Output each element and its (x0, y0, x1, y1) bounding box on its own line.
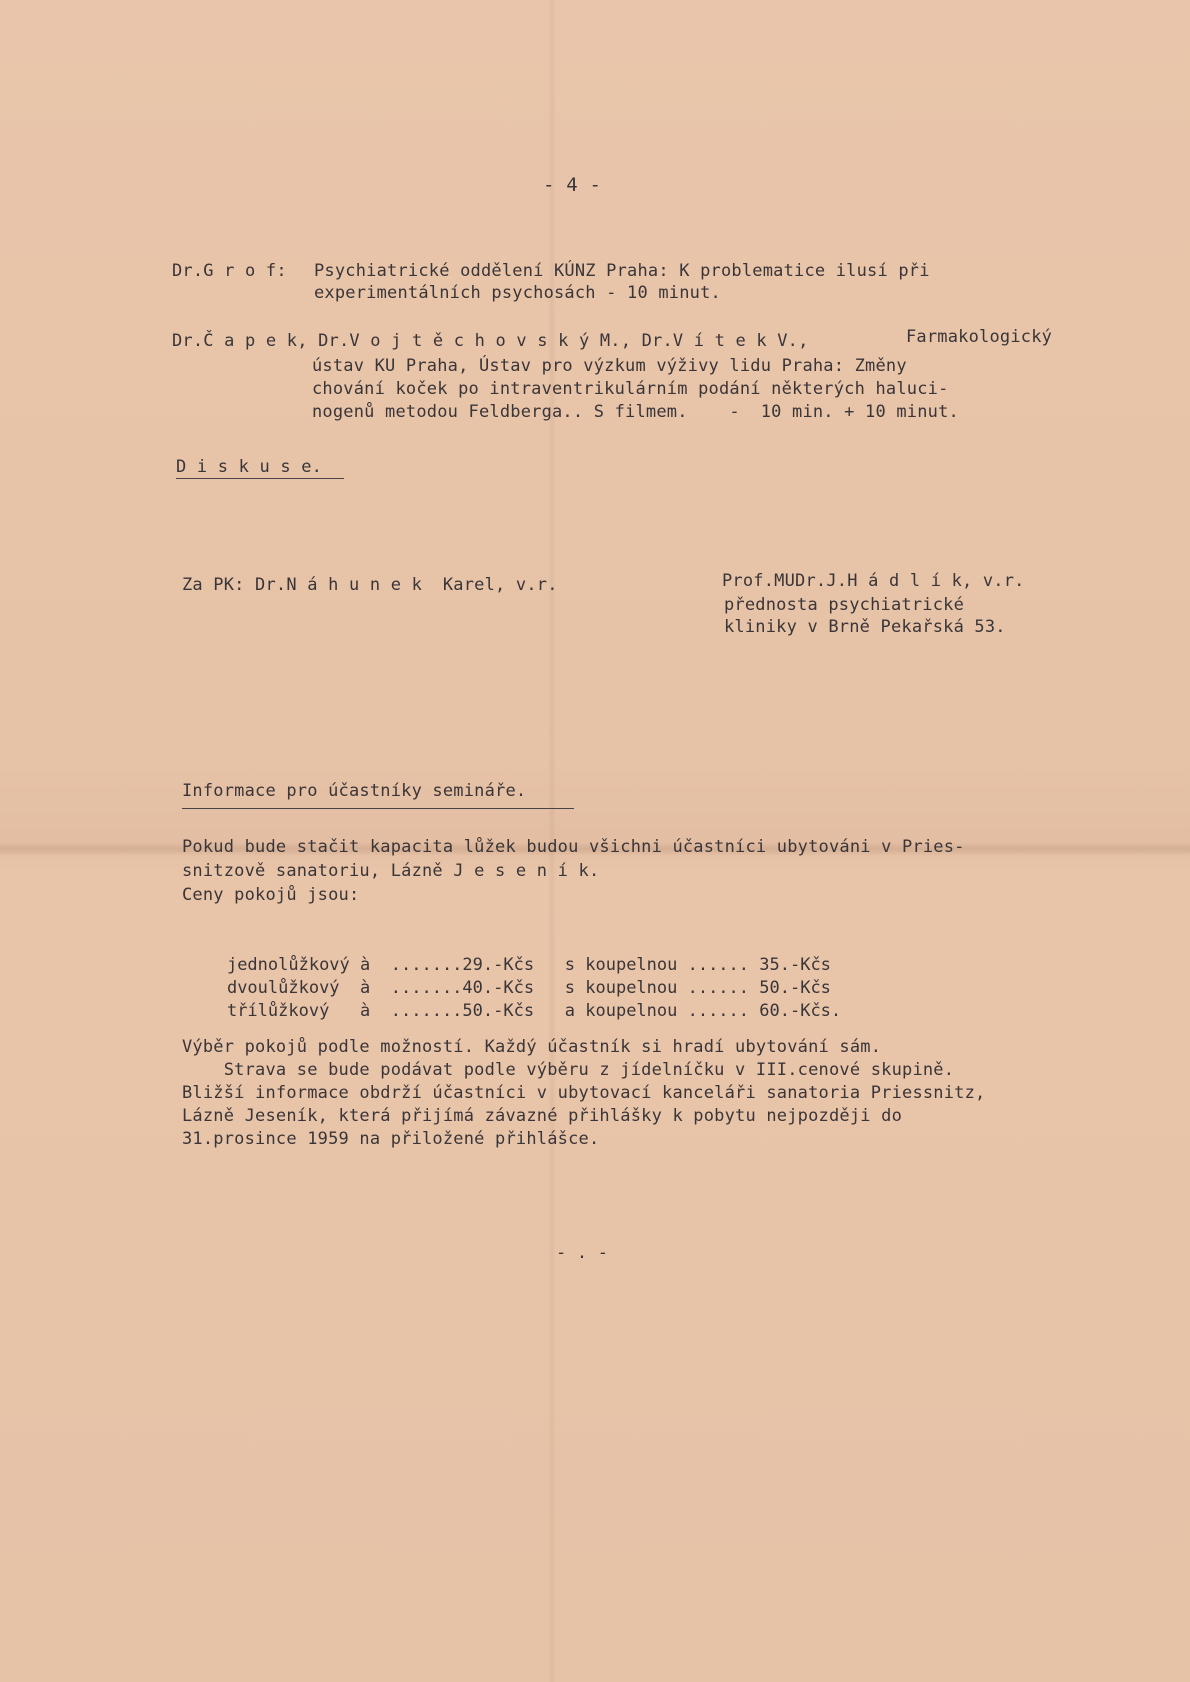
info-intro: Pokud bude stačit kapacita lůžek budou v… (182, 836, 965, 858)
signature-right: Prof.MUDr.J.H á d l í k, v.r. (722, 570, 1025, 592)
entry-author: Dr.G r o f: (172, 260, 287, 282)
entry-text: ústav KU Praha, Ústav pro výzkum výživy … (312, 355, 907, 377)
entry-text: Farmakologický (906, 326, 1052, 348)
info-heading-underline (182, 808, 574, 809)
discussion-underline (176, 478, 344, 479)
page-number: - 4 - (543, 174, 601, 196)
bath-label: a koupelnou ...... (565, 1001, 749, 1021)
entry-text: chování koček po intraventrikulárním pod… (312, 378, 949, 400)
price-row: třílůžkový à .......50.-Kčs a koupelnou … (186, 978, 841, 1044)
bath-price: 60.-Kčs. (759, 1001, 841, 1021)
signature-left: Za PK: Dr.N á h u n e k Karel, v.r. (182, 574, 558, 596)
entry-text: experimentálních psychosách - 10 minut. (314, 282, 721, 304)
info-heading: Informace pro účastníky semináře. (182, 780, 526, 802)
info-closing: Strava se bude podávat podle výběru z jí… (182, 1059, 954, 1081)
info-closing: Lázně Jeseník, která přijímá závazné při… (182, 1105, 902, 1127)
info-closing: Výběr pokojů podle možností. Každý účast… (182, 1036, 881, 1058)
entry-text: Psychiatrické oddělení KÚNZ Praha: K pro… (314, 260, 930, 282)
room-a: à (360, 1001, 370, 1021)
room-type: třílůžkový (227, 1001, 329, 1021)
end-mark: - . - (556, 1242, 608, 1264)
info-intro: Ceny pokojů jsou: (182, 884, 359, 906)
info-closing: Bližší informace obdrží účastníci v ubyt… (182, 1082, 985, 1104)
entry-text: nogenů metodou Feldberga.. S filmem. - 1… (312, 401, 959, 423)
room-price: .......50.-Kčs (391, 1001, 534, 1021)
info-intro: snitzově sanatoriu, Lázně J e s e n í k. (182, 860, 599, 882)
signature-right: přednosta psychiatrické (724, 594, 964, 616)
entry-author: Dr.Č a p e k, Dr.V o j t ě c h o v s k ý… (172, 330, 809, 352)
signature-right: kliniky v Brně Pekařská 53. (724, 616, 1006, 638)
info-closing: 31.prosince 1959 na přiložené přihlášce. (182, 1128, 599, 1150)
discussion-heading: D i s k u s e. (176, 456, 322, 478)
